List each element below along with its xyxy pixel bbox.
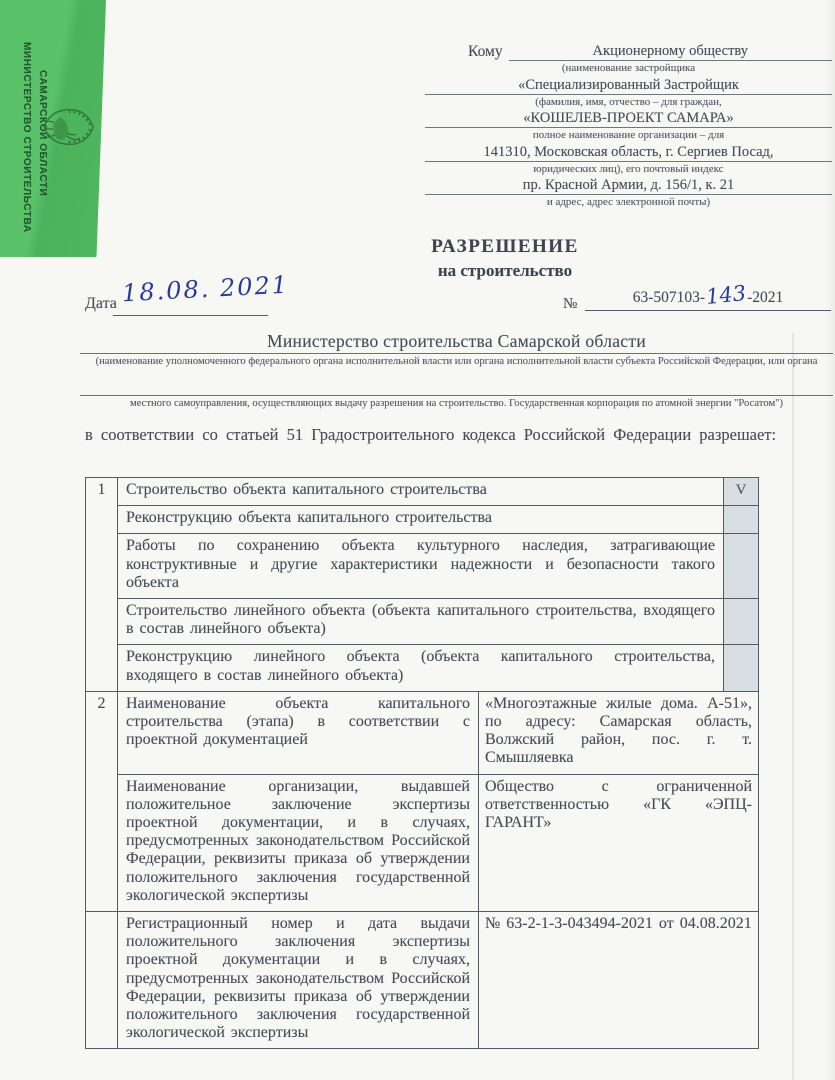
table-row: Реконструкцию линейного объекта (объекта… (86, 645, 759, 691)
section-1-number-cell: 1 (86, 478, 118, 692)
addressee-value-4: 141310, Московская область, г. Сергиев П… (425, 143, 832, 162)
number-suffix: -2021 (747, 289, 783, 306)
number-label: № (563, 296, 577, 313)
addressee-value-2: «Специализированный Застройщик (425, 76, 832, 95)
authority-hint-2: местного самоуправления, осуществляющих … (80, 397, 833, 410)
addressee-value-5: пр. Красной Армии, д. 156/1, к. 21 (425, 176, 832, 195)
work-type-cell: Работы по сохранению объекта культурного… (118, 534, 724, 599)
intro-paragraph: в соответствии со статьей 51 Градостроит… (85, 424, 786, 445)
table-row: Регистрационный номер и дата выдачи поло… (86, 912, 759, 1049)
table-row: Реконструкцию объекта капитального строи… (86, 506, 759, 534)
attribute-label-cell: Наименование объекта капитального строит… (118, 691, 479, 774)
work-type-cell: Реконструкцию объекта капитального строи… (118, 506, 724, 534)
issuing-authority-block: Министерство строительства Самарской обл… (80, 331, 833, 410)
table-row: 1 Строительство объекта капитального стр… (86, 478, 759, 506)
addressee-label: Кому (425, 43, 509, 61)
checkbox-cell (724, 645, 759, 691)
addressee-hint-3: полное наименование организации – для (425, 128, 832, 143)
number-prefix: 63-507103- (633, 289, 705, 306)
attribute-value-cell: № 63-2-1-3-043494-2021 от 04.08.2021 (479, 912, 759, 1049)
authority-underline-1 (80, 353, 833, 354)
date-underline (113, 294, 268, 316)
addressee-value-3: «КОШЕЛЕВ-ПРОЕКТ САМАРА» (425, 109, 832, 128)
checkbox-cell (724, 599, 759, 645)
ministry-green-stamp: МИНИСТЕРСТВО СТРОИТЕЛЬСТВА САМАРСКОЙ ОБЛ… (0, 0, 106, 257)
checkbox-cell: V (724, 478, 759, 506)
addressee-hint-5: и адрес, адрес электронной почты) (425, 195, 832, 210)
permit-table: 1 Строительство объекта капитального стр… (85, 477, 759, 1049)
authority-underline-2 (80, 395, 833, 396)
section-3-number-cell (86, 912, 118, 1049)
addressee-hint-4: юридических лиц), его почтовый индекс (425, 162, 832, 177)
work-type-cell: Реконструкцию линейного объекта (объекта… (118, 645, 724, 691)
table-row: Работы по сохранению объекта культурного… (86, 534, 759, 599)
number-handwritten: 143 (705, 286, 746, 304)
attribute-label-cell: Наименование организации, выдавшей полож… (118, 774, 479, 911)
work-type-cell: Строительство объекта капитального строи… (118, 478, 724, 506)
attribute-value-cell: «Многоэтажные жилые дома. А-51», по адре… (479, 691, 759, 774)
spacer (80, 368, 833, 394)
table-row: Наименование организации, выдавшей полож… (86, 774, 759, 911)
checkbox-cell (724, 506, 759, 534)
section-2-number-cell: 2 (86, 691, 118, 911)
attribute-value-cell: Общество с ограниченной ответственностью… (479, 774, 759, 911)
scanned-permit-document: МИНИСТЕРСТВО СТРОИТЕЛЬСТВА САМАРСКОЙ ОБЛ… (0, 0, 835, 1080)
table-row: 2 Наименование объекта капитального стро… (86, 691, 759, 774)
stamp-text-line1: МИНИСТЕРСТВО СТРОИТЕЛЬСТВА (20, 42, 32, 233)
samara-coat-of-arms-icon (42, 102, 96, 152)
permit-number: 63-507103-143-2021 (585, 288, 831, 311)
addressee-hint-2: (фамилия, имя, отчество – для граждан, (425, 95, 832, 110)
addressee-value-1: Акционерному обществу (509, 42, 832, 61)
addressee-block: Кому Акционерному обществу (наименование… (425, 42, 832, 210)
authority-hint-1: (наименование уполномоченного федерально… (80, 355, 833, 368)
checkbox-cell (724, 534, 759, 599)
addressee-hint-1: (наименование застройщика (425, 61, 832, 76)
work-type-cell: Строительство линейного объекта (объекта… (118, 599, 724, 645)
attribute-label-cell: Регистрационный номер и дата выдачи поло… (118, 912, 479, 1049)
authority-name: Министерство строительства Самарской обл… (80, 331, 833, 352)
page-fold-line (792, 333, 794, 1080)
title-line1: РАЗРЕШЕНИЕ (180, 236, 830, 258)
table-row: Строительство линейного объекта (объекта… (86, 599, 759, 645)
